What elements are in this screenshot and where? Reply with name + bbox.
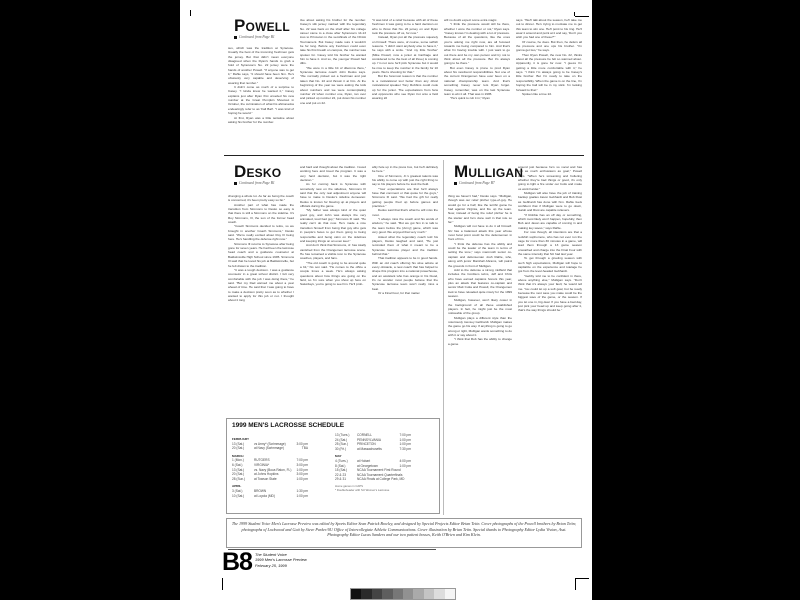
folio-info: The Student Voice 1999 Men's Lacrosse Pr…: [255, 552, 307, 568]
gray-swatch: [413, 589, 423, 599]
powell-headline: Powell: [234, 17, 290, 34]
game-opponent: at Loyola (MD): [254, 494, 294, 499]
jump-text: Continued from Page B1: [239, 181, 275, 185]
column-divider: [443, 160, 444, 515]
crop-mark: [575, 578, 589, 579]
bullet-square-icon: [454, 182, 457, 185]
schedule-row: 28 (Sun.)at Towson State1:00 pm: [232, 477, 332, 482]
paragraph: "Your expectations are that he'll always…: [372, 187, 438, 209]
crop-mark: [575, 16, 589, 17]
paragraph: "It was kind of a relief because with al…: [372, 18, 438, 35]
paragraph: At first, Ryan was a little tentative ab…: [228, 116, 294, 125]
schedule-notes: Home games in CAPS * Doubleheader with S…: [335, 485, 435, 493]
paragraph: Add to the defense a strong midfield tha…: [448, 268, 512, 298]
crop-mark: [222, 578, 223, 590]
mulligan-headline: Mulligan: [454, 163, 523, 180]
mulligan-jumpline: Continued from Page B7: [454, 181, 523, 185]
issue-date: February 25, 1999: [255, 563, 307, 568]
powell-column-1: sus, which was the tradition at Syracuse…: [228, 46, 294, 150]
gray-swatch: [351, 589, 361, 599]
page-number: B8: [222, 551, 252, 573]
desko-headline: Desko: [234, 163, 281, 180]
gray-swatch: [403, 589, 413, 599]
paragraph: And don't think that Simmons, Jr. has to…: [300, 243, 366, 260]
paragraph: "If Robbie has an off day or something, …: [518, 213, 582, 230]
paragraph: Desko said that that's what he will miss…: [372, 208, 438, 217]
paragraph: Mulligan plays a different style than th…: [448, 316, 512, 338]
mulligan-column-2: around just because he's so vocal and ha…: [518, 165, 582, 514]
crop-mark: [574, 12, 575, 16]
paragraph: Then Ryan Powell, the new No. 22, thinks…: [516, 53, 582, 92]
gray-swatch: [382, 589, 392, 599]
desko-column-2: and hard and thought about the tradition…: [300, 165, 366, 414]
paragraph: Of course, he does. But then, he defers …: [516, 40, 582, 53]
paragraph: "He's quick to rub it in," Ryan: [444, 96, 510, 100]
schedule-row: 30 (Fri.)at Massachusetts7:30 pm: [335, 447, 435, 452]
jump-text: Continued from Page B7: [459, 181, 495, 185]
paragraph: As for coming back to Syracuse with some…: [300, 182, 366, 208]
mulligan-headline-block: Mulligan Continued from Page B7: [454, 163, 523, 185]
gray-calibration-bar: [350, 588, 456, 600]
game-time: TBA: [294, 446, 308, 451]
paragraph: But the foremost reason is that the numb…: [372, 74, 438, 100]
gray-swatch: [445, 589, 455, 599]
paragraph: "Gebby told me to be confident in there,…: [518, 274, 582, 313]
paragraph: around just because he's so vocal and ha…: [518, 165, 582, 191]
game-time: 1:00 pm: [294, 477, 308, 482]
paragraph: Mulligan will not have to do it all hims…: [448, 224, 512, 241]
paragraph: Asked what the legendary coach told his …: [372, 235, 438, 257]
paragraph: For now though, all intentions are that …: [518, 230, 582, 256]
schedule-right-column: 13 (Tues.)CORNELL7:00 pm 24 (Sat.)PENNSY…: [335, 433, 435, 493]
paragraph: and hard and thought about the tradition…: [300, 165, 366, 182]
game-date: 30 (Fri.): [335, 447, 357, 452]
folio: B8 The Student Voice 1999 Men's Lacrosse…: [222, 551, 307, 573]
jump-text: Continued from Page B1: [239, 35, 275, 39]
paragraph: "I think that Rob has the ability to cha…: [448, 337, 512, 346]
gray-swatch: [393, 589, 403, 599]
paragraph: It didn't come as much of a surprise to …: [228, 85, 294, 115]
powell-column-4: will no doubt expect some extra magic. "…: [444, 18, 510, 150]
desko-headline-block: Desko Continued from Page B1: [234, 163, 281, 185]
game-date: 28 (Sun.): [232, 477, 254, 482]
paragraph: ably hole up in the press box, but he'll…: [372, 165, 438, 174]
paragraph: To get through a grueling season with su…: [518, 256, 582, 273]
credits-box: The 1999 Student Voice Men's Lacrosse Pr…: [226, 518, 582, 548]
paragraph: "I always miss the coach and his words o…: [372, 217, 438, 234]
paragraph: But even Casey is prone to prod Ryan abo…: [444, 66, 510, 96]
schedule-row: 20 (Sat.)at Navy (Scrimmage)TBA: [232, 446, 332, 451]
paragraph: sus, which was the tradition at Syracuse…: [228, 46, 294, 85]
game-date: 20 (Sat.): [232, 446, 254, 451]
paragraph: "I think the defense has the ability and…: [448, 242, 512, 268]
desko-column-3: ably hole up in the press box, but he'll…: [372, 165, 438, 414]
paragraph: "Coach Simmons decided to retire, so we …: [228, 224, 294, 241]
paragraph: says. "We'll talk about the season, he'l…: [516, 18, 582, 40]
schedule-row: 29 & 31NCAA Finals at College Park, MD: [335, 477, 435, 482]
paragraph: "My father was always kind of the quiet …: [300, 208, 366, 243]
gray-swatch: [424, 589, 434, 599]
game-time: 1:00 pm: [294, 494, 308, 499]
schedule-left-column: February 13 (Sat.)vs Army* (Scrimmage)3:…: [232, 434, 332, 498]
paragraph: That tradition appears to be in good han…: [372, 256, 438, 291]
paragraph: "The old coach is going to be around qui…: [300, 261, 366, 287]
schedule-row: 10 (Sat.)at Loyola (MD)1:00 pm: [232, 494, 332, 499]
game-opponent: NCAA Finals at College Park, MD: [357, 477, 405, 482]
paragraph: changing a whole lot. As far as being th…: [228, 194, 294, 203]
paragraph: "I think the pressure would still be the…: [444, 22, 510, 65]
paragraph: One of Simmons, Jr.'s greatest talents w…: [372, 174, 438, 187]
game-date: 10 (Sat.): [232, 494, 254, 499]
crop-mark: [575, 578, 576, 590]
powell-headline-block: Powell Continued from Page B1: [234, 17, 290, 39]
paragraph: Mulligan will also have the job of train…: [518, 191, 582, 213]
paragraph: Instead, Ryan put all the pressure squar…: [372, 35, 438, 74]
game-date: 29 & 31: [335, 477, 357, 482]
paragraph: tive about asking his brother for the nu…: [300, 18, 366, 66]
desko-column-1: changing a whole lot. As far as being th…: [228, 194, 294, 414]
crop-mark: [190, 10, 191, 16]
game-opponent: at Massachusetts: [357, 447, 397, 452]
game-time: 7:30 pm: [397, 447, 411, 452]
desko-jumpline: Continued from Page B1: [234, 181, 281, 185]
powell-column-3: "It was kind of a relief because with al…: [372, 18, 438, 150]
paragraph: Another part of what has made the transi…: [228, 203, 294, 225]
powell-jumpline: Continued from Page B1: [234, 35, 290, 39]
gray-swatch: [372, 589, 382, 599]
game-opponent: at Towson State: [254, 477, 294, 482]
paragraph: Or a Final Four, for that matter.: [372, 291, 438, 295]
paragraph: Spoken like a true 22.: [516, 92, 582, 96]
bullet-square-icon: [234, 182, 237, 185]
schedule-title: 1999 Men's Lacrosse Schedule: [232, 422, 434, 430]
mulligan-column-1: thing we haven't had," Desko says. "Mull…: [448, 194, 512, 514]
section-divider: [224, 155, 584, 156]
paragraph: Mulligan, however, won't likely cower in…: [448, 298, 512, 315]
schedule-note: * Doubleheader with SU Women's Lacrosse: [335, 489, 435, 493]
powell-column-2: tive about asking his brother for the nu…: [300, 18, 366, 150]
paragraph: "We were in a little bit of dilemma ther…: [300, 66, 366, 105]
gray-swatch: [434, 589, 444, 599]
folio-rule: [228, 549, 436, 550]
newspaper-page: Powell Continued from Page B1 sus, which…: [180, 0, 592, 600]
paragraph: Simmons III returns to Syracuse after be…: [228, 242, 294, 268]
paragraph: "It was a tough decision. I was a guidan…: [228, 268, 294, 303]
bullet-square-icon: [234, 36, 237, 39]
game-opponent: at Navy (Scrimmage): [254, 446, 294, 451]
lacrosse-schedule-box: 1999 Men's Lacrosse Schedule February 13…: [226, 418, 440, 514]
paragraph: thing we haven't had," Desko says. "Mull…: [448, 194, 512, 224]
gray-swatch: [361, 589, 371, 599]
powell-column-5: says. "We'll talk about the season, he'l…: [516, 18, 582, 150]
